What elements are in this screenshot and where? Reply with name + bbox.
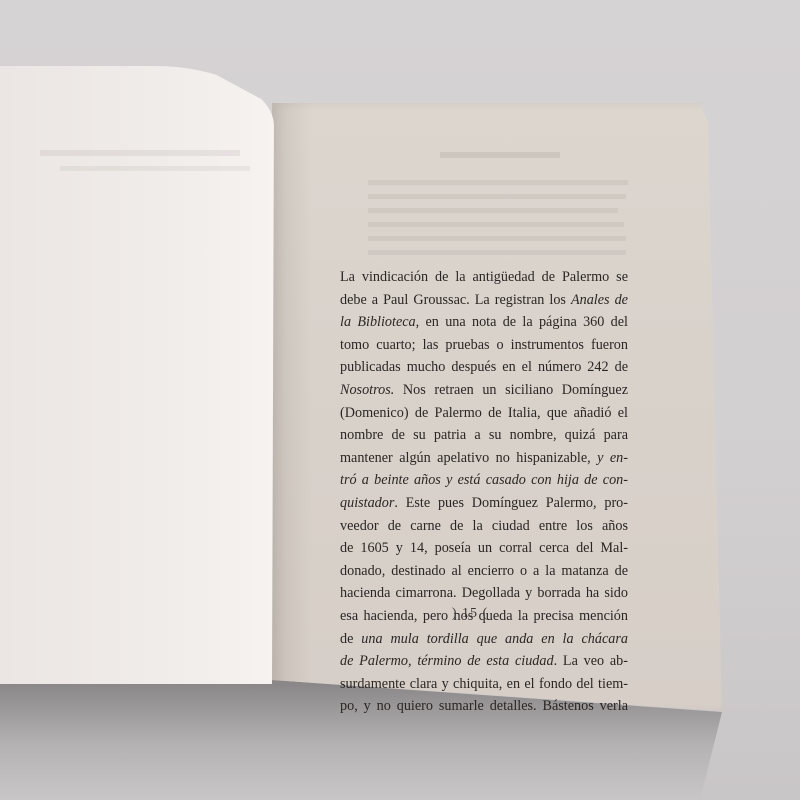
text-span: veedor de carne de la ciudad entre los a… bbox=[340, 518, 628, 534]
text-line: mantener algún apelativo no hispanizable… bbox=[340, 447, 628, 470]
italic-span: y en- bbox=[597, 450, 628, 466]
gutter-shade bbox=[272, 103, 312, 683]
text-line: (Domenico) de Palermo de Italia, que aña… bbox=[340, 402, 628, 425]
italic-span: Nosotros. bbox=[340, 382, 394, 398]
text-span: Nos retraen un siciliano Domínguez bbox=[394, 382, 628, 398]
text-line: la Biblioteca, en una nota de la página … bbox=[340, 311, 628, 334]
text-line: de una mula tordilla que anda en la chác… bbox=[340, 628, 628, 651]
italic-span: una mula tordilla que anda en la chácara bbox=[361, 631, 628, 647]
text-span: donado, destinado al encierro o a la mat… bbox=[340, 563, 628, 579]
text-span: de bbox=[340, 631, 361, 647]
text-span: publicadas mucho después en el número 24… bbox=[340, 359, 628, 375]
show-through-line bbox=[368, 208, 618, 213]
text-line: tró a beinte años y está casado con hija… bbox=[340, 469, 628, 492]
text-span: po, y no quiero sumarle detalles. Básten… bbox=[340, 698, 628, 714]
text-line: veedor de carne de la ciudad entre los a… bbox=[340, 515, 628, 538]
text-span: tomo cuarto; las pruebas o instrumentos … bbox=[340, 337, 628, 353]
show-through-line bbox=[368, 180, 628, 185]
text-line: de 1605 y 14, poseía un corral cerca del… bbox=[340, 537, 628, 560]
text-line: hacienda cimarrona. Degollada y borrada … bbox=[340, 582, 628, 605]
text-span: debe a Paul Groussac. La registran los bbox=[340, 292, 571, 308]
text-span: La vindicación de la antigüedad de Paler… bbox=[340, 269, 628, 285]
text-line: de Palermo, término de esta ciudad. La v… bbox=[340, 650, 628, 673]
show-through-line bbox=[368, 222, 624, 227]
text-span: . Este pues Domínguez Palermo, pro- bbox=[394, 495, 628, 511]
show-through-line bbox=[368, 250, 626, 255]
text-line: tomo cuarto; las pruebas o instrumentos … bbox=[340, 334, 628, 357]
italic-span: quistador bbox=[340, 495, 394, 511]
text-span: mantener algún apelativo no hispanizable… bbox=[340, 450, 597, 466]
show-through-heading bbox=[440, 152, 560, 158]
photo-scene: La vindicación de la antigüedad de Paler… bbox=[0, 0, 800, 800]
text-line: debe a Paul Groussac. La registran los A… bbox=[340, 289, 628, 312]
text-span: de 1605 y 14, poseía un corral cerca del… bbox=[340, 540, 628, 556]
show-through-line bbox=[368, 236, 626, 241]
show-through-line bbox=[368, 194, 626, 199]
italic-span: la Biblioteca, bbox=[340, 314, 419, 330]
text-line: po, y no quiero sumarle detalles. Básten… bbox=[340, 695, 628, 718]
text-line: surdamente clara y chiquita, en el fondo… bbox=[340, 673, 628, 696]
text-span: surdamente clara y chiquita, en el fondo… bbox=[340, 676, 628, 692]
text-line: La vindicación de la antigüedad de Paler… bbox=[340, 266, 628, 289]
italic-span: tró a beinte años y está casado con hija… bbox=[340, 472, 628, 488]
left-show-through bbox=[60, 166, 250, 171]
text-span: nombre de su patria a su nombre, quizá p… bbox=[340, 427, 628, 443]
text-line: nombre de su patria a su nombre, quizá p… bbox=[340, 424, 628, 447]
text-line: Nosotros. Nos retraen un siciliano Domín… bbox=[340, 379, 628, 402]
text-span: . La veo ab- bbox=[554, 653, 628, 669]
text-span: hacienda cimarrona. Degollada y borrada … bbox=[340, 585, 628, 601]
text-span: en una nota de la página 360 del bbox=[419, 314, 628, 330]
italic-span: Anales de bbox=[571, 292, 628, 308]
page-number: ) 15 ( bbox=[440, 606, 500, 622]
text-line: publicadas mucho después en el número 24… bbox=[340, 356, 628, 379]
text-span: (Domenico) de Palermo de Italia, que aña… bbox=[340, 405, 628, 421]
text-line: donado, destinado al encierro o a la mat… bbox=[340, 560, 628, 583]
text-line: quistador. Este pues Domínguez Palermo, … bbox=[340, 492, 628, 515]
left-show-through bbox=[40, 150, 240, 156]
body-text: La vindicación de la antigüedad de Paler… bbox=[340, 266, 628, 718]
italic-span: de Palermo, término de esta ciudad bbox=[340, 653, 554, 669]
left-page bbox=[0, 66, 274, 684]
